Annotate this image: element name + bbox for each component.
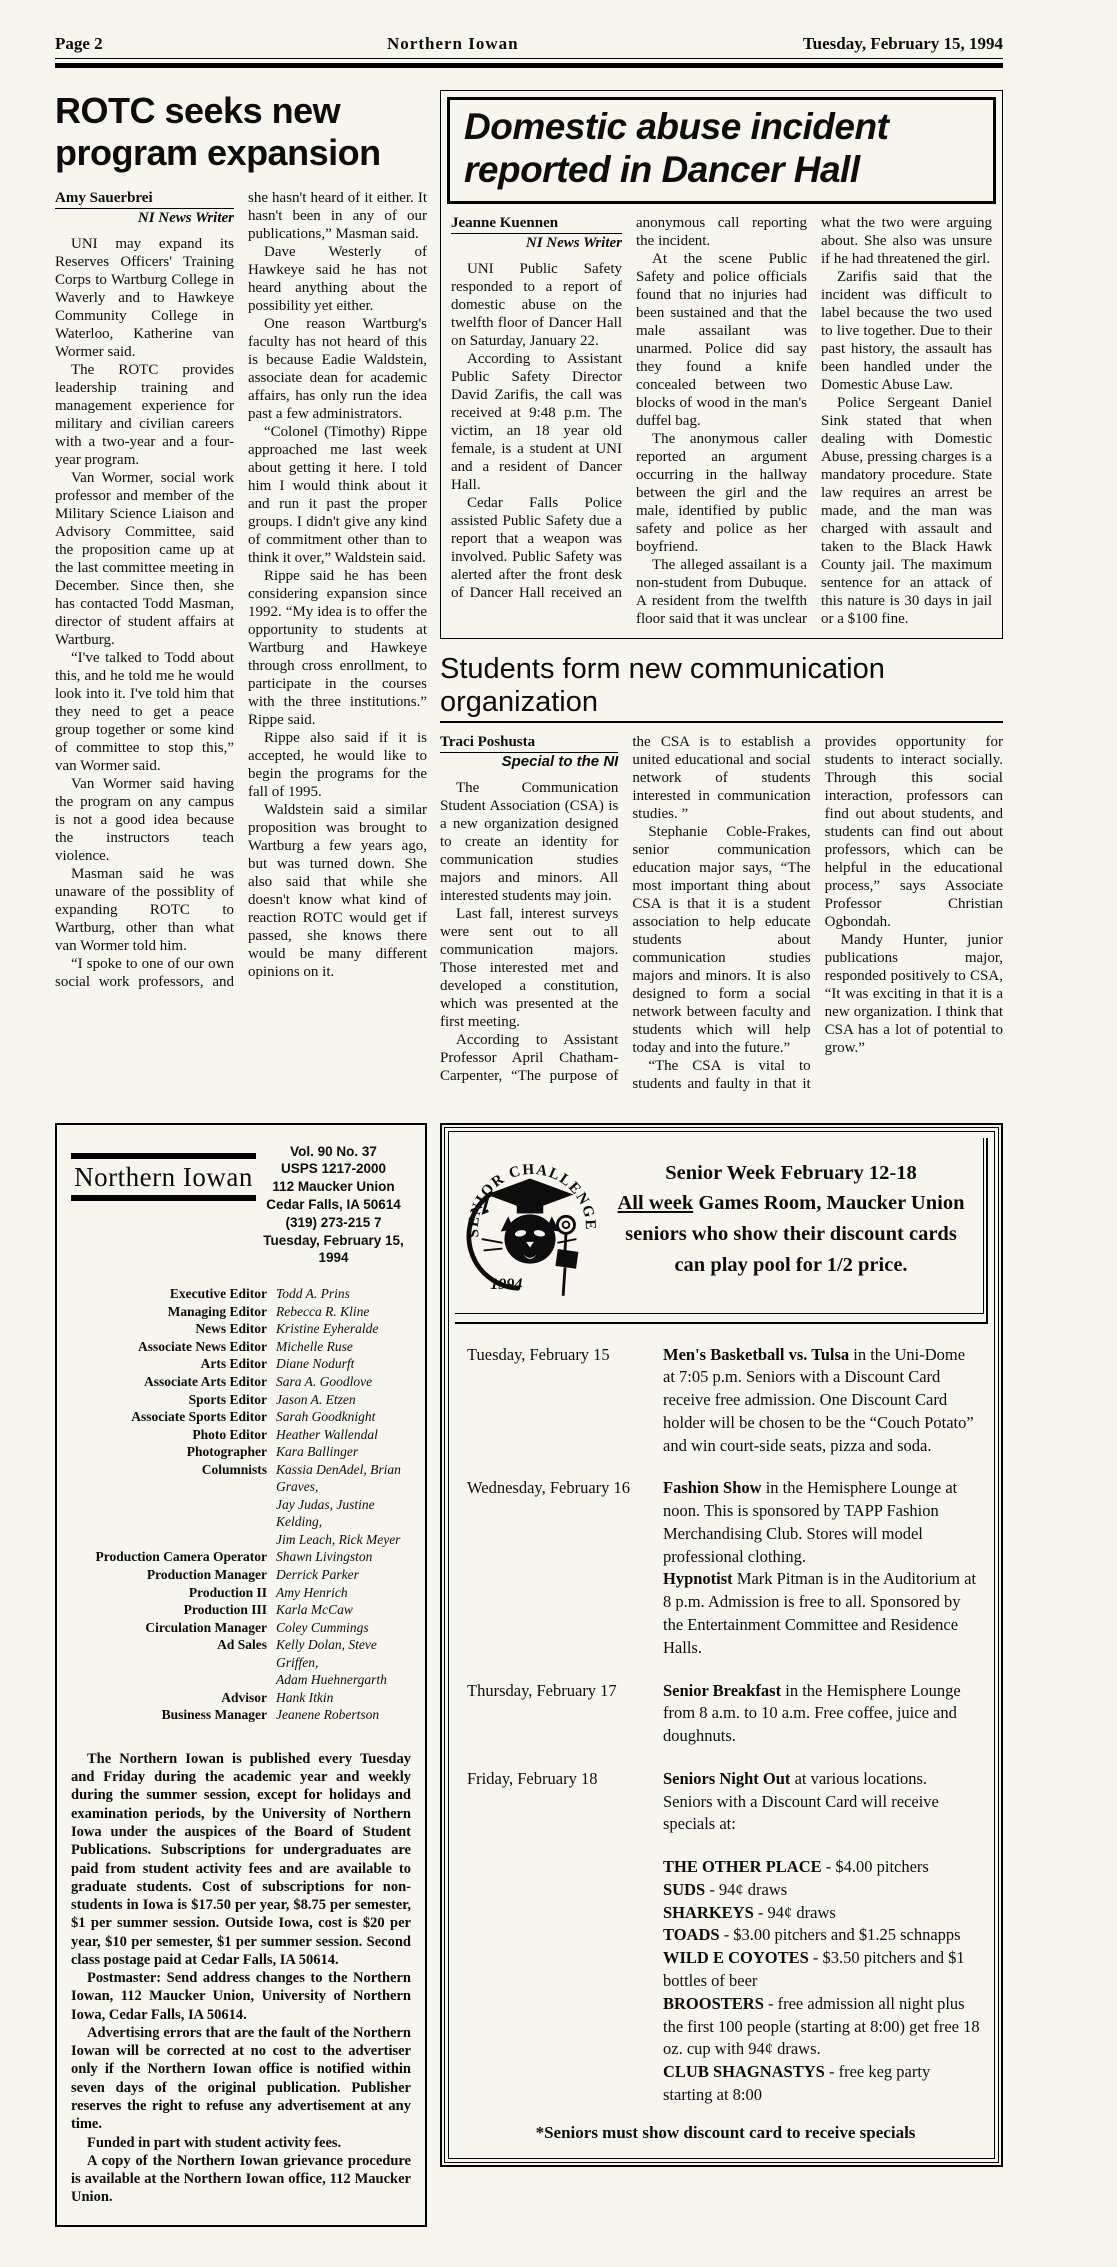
senior-header-line1: Senior Week February 12-18 [607,1158,975,1189]
special-item: THE OTHER PLACE - $4.00 pitchers [663,1856,980,1879]
event-description: Men's Basketball vs. Tulsa in the Uni-Do… [663,1344,984,1458]
staff-row: Managing EditorRebecca R. Kline [71,1303,411,1321]
senior-events-schedule: Tuesday, February 15 Men's Basketball vs… [449,1324,994,2144]
event-row: Friday, February 18 Seniors Night Out at… [467,1768,984,2107]
senior-challenge-logo: SENIOR CHALLENGE [459,1144,607,1305]
paragraph: The Communication Student Association (C… [440,779,618,905]
special-text: - $4.00 pitchers [822,1857,929,1876]
address-line: 112 Maucker Union [256,1178,411,1196]
special-item: WILD E COYOTES - $3.50 pitchers and $1 b… [663,1947,980,1993]
staff-name: Karla McCaw [267,1601,411,1619]
staff-name: Jason A. Etzen [267,1391,411,1409]
staff-role: Advisor [71,1689,267,1707]
rotc-article: ROTC seeks new program expansion Amy Sau… [55,90,427,1093]
folio-rule [55,63,1003,68]
event-date: Thursday, February 17 [467,1680,663,1748]
staff-row: PhotographerKara Ballinger [71,1443,411,1461]
abuse-body: Jeanne Kuennen NI News Writer UNI Public… [451,214,992,628]
staff-name: Jeanene Robertson [267,1706,411,1724]
event-lead: Senior Breakfast [663,1681,781,1700]
event-lead: Fashion Show [663,1478,762,1497]
abuse-headline-box: Domestic abuse incident reported in Danc… [447,97,996,204]
paragraph: UNI may expand its Reserves Officers' Tr… [55,235,234,361]
venue-name: BROOSTERS [663,1994,764,2013]
staff-name: Michelle Ruse [267,1338,411,1356]
bottom-section: Northern Iowan Vol. 90 No. 37 USPS 1217-… [55,1123,1003,2267]
senior-header-inner: SENIOR CHALLENGE [455,1138,984,1314]
staff-role: Columnists [71,1461,267,1549]
staff-role: Production Manager [71,1566,267,1584]
csa-byline-title: Special to the NI [440,753,618,771]
senior-header-line4: can play pool for 1/2 price. [607,1250,975,1281]
staff-name: Shawn Livingston [267,1548,411,1566]
senior-header-compartment: SENIOR CHALLENGE [455,1138,988,1324]
paragraph: Van Wormer, social work professor and me… [55,469,234,649]
rotc-byline-title: NI News Writer [55,209,234,227]
special-item: BROOSTERS - free admission all night plu… [663,1993,980,2061]
event-date: Friday, February 18 [467,1768,663,2107]
staff-role: Circulation Manager [71,1619,267,1637]
paragraph: Mandy Hunter, junior publications major,… [825,931,1003,1057]
staff-row: Production Camera OperatorShawn Livingst… [71,1548,411,1566]
masthead-info: Vol. 90 No. 37 USPS 1217-2000 112 Maucke… [256,1141,411,1268]
staff-name: Derrick Parker [267,1566,411,1584]
event-row: Tuesday, February 15 Men's Basketball vs… [467,1344,984,1458]
special-item: SHARKEYS - 94¢ draws [663,1902,980,1925]
venue-name: THE OTHER PLACE [663,1857,822,1876]
abuse-article: Domestic abuse incident reported in Danc… [440,90,1003,639]
staff-list: Executive EditorTodd A. Prins Managing E… [71,1285,411,1724]
logo-year: 1994 [490,1276,522,1293]
staff-row: News EditorKristine Eyheralde [71,1320,411,1338]
csa-body: Traci Poshusta Special to the NI The Com… [440,733,1003,1093]
event-lead: Seniors Night Out [663,1769,790,1788]
paragraph: Advertising errors that are the fault of… [71,2024,411,2134]
page-number: Page 2 [55,34,103,54]
staff-row: Business ManagerJeanene Robertson [71,1706,411,1724]
nameplate-bar-bottom [71,1195,256,1201]
csa-headline: Students form new communication organiza… [440,653,1003,719]
paragraph: Zarifis said that the incident was diffi… [821,268,992,394]
event-date: Tuesday, February 15 [467,1344,663,1458]
special-text: - $3.00 pitchers and $1.25 schnapps [720,1925,961,1944]
masthead-header: Northern Iowan Vol. 90 No. 37 USPS 1217-… [71,1141,411,1268]
staff-row: Associate Sports EditorSarah Goodknight [71,1408,411,1426]
event-row: Thursday, February 17 Senior Breakfast i… [467,1680,984,1748]
staff-role: Production III [71,1601,267,1619]
paragraph: According to Assistant Public Safety Dir… [451,350,622,494]
paragraph: Last fall, interest surveys were sent ou… [440,905,618,1031]
articles-section: ROTC seeks new program expansion Amy Sau… [55,90,1003,1093]
paragraph: One reason Wartburg's faculty has not he… [248,315,427,423]
paragraph: Funded in part with student activity fee… [71,2134,411,2152]
staff-role: Photo Editor [71,1426,267,1444]
staff-row: Production IIAmy Henrich [71,1584,411,1602]
csa-headline-rule [440,721,1003,723]
staff-role: Arts Editor [71,1355,267,1373]
nameplate: Northern Iowan [71,1141,256,1268]
staff-name: Kara Ballinger [267,1443,411,1461]
paragraph: Van Wormer said having the program on an… [55,775,234,865]
paragraph: Rippe also said if it is accepted, he wo… [248,729,427,801]
special-item: TOADS - $3.00 pitchers and $1.25 schnapp… [663,1924,980,1947]
venue-name: SUDS [663,1880,705,1899]
staff-row: Executive EditorTodd A. Prins [71,1285,411,1303]
right-articles: Domestic abuse incident reported in Danc… [440,90,1003,1093]
page-folio: Page 2 Northern Iowan Tuesday, February … [55,34,1003,59]
venue-name: CLUB SHAGNASTYS [663,2062,825,2081]
staff-name: Kelly Dolan, Steve Griffen, Adam Huehner… [267,1636,411,1689]
senior-week-inner: SENIOR CHALLENGE [448,1131,995,2159]
abuse-byline: Jeanne Kuennen [451,214,622,234]
paragraph: The anonymous caller reported an argumen… [636,430,807,556]
staff-name: Hank Itkin [267,1689,411,1707]
special-item: SUDS - 94¢ draws [663,1879,980,1902]
staff-name: Heather Wallendal [267,1426,411,1444]
staff-row: Photo EditorHeather Wallendal [71,1426,411,1444]
paragraph: “Colonel (Timothy) Rippe approached me l… [248,423,427,567]
venue-name: TOADS [663,1925,720,1944]
staff-name: Coley Cummings [267,1619,411,1637]
masthead-box: Northern Iowan Vol. 90 No. 37 USPS 1217-… [55,1123,427,2227]
abuse-byline-title: NI News Writer [451,234,622,252]
volume-number: Vol. 90 No. 37 [256,1143,411,1161]
address-line: Cedar Falls, IA 50614 [256,1196,411,1214]
paragraph: UNI Public Safety responded to a report … [451,260,622,350]
staff-role: News Editor [71,1320,267,1338]
staff-row: Associate News EditorMichelle Ruse [71,1338,411,1356]
masthead-legal: The Northern Iowan is published every Tu… [71,1750,411,2207]
all-week-underlined: All week [618,1192,694,1214]
nameplate-title: Northern Iowan [71,1159,256,1195]
paragraph: Police Sergeant Daniel Sink stated that … [821,394,992,628]
staff-name: Amy Henrich [267,1584,411,1602]
diploma-icon [555,1216,578,1296]
special-item: CLUB SHAGNASTYS - free keg party startin… [663,2061,980,2107]
staff-name: Sarah Goodknight [267,1408,411,1426]
paragraph: Dave Westerly of Hawkeye said he has not… [248,243,427,315]
event-lead: Hypnotist [663,1569,733,1588]
senior-header-line2-rest: Games Room, Maucker Union [693,1192,964,1214]
staff-role: Associate Sports Editor [71,1408,267,1426]
senior-week-box: SENIOR CHALLENGE [440,1123,1003,2167]
masthead-date: Tuesday, February 15, 1994 [256,1232,411,1268]
staff-row: Ad SalesKelly Dolan, Steve Griffen, Adam… [71,1636,411,1689]
rotc-byline: Amy Sauerbrei [55,189,234,209]
staff-row: Circulation ManagerColey Cummings [71,1619,411,1637]
staff-row: ColumnistsKassia DenAdel, Brian Graves, … [71,1461,411,1549]
staff-role: Business Manager [71,1706,267,1724]
staff-name: Kassia DenAdel, Brian Graves, Jay Judas,… [267,1461,411,1549]
event-description: Senior Breakfast in the Hemisphere Loung… [663,1680,984,1748]
senior-week-header: Senior Week February 12-18 All week Game… [607,1144,975,1305]
venue-name: WILD E COYOTES [663,1948,809,1967]
event-description: Fashion Show in the Hemisphere Lounge at… [663,1477,984,1659]
paragraph: The ROTC provides leadership training an… [55,361,234,469]
paragraph: Stephanie Coble-Frakes, senior communica… [632,823,810,1057]
phone-number: (319) 273-215 7 [256,1214,411,1232]
abuse-headline: Domestic abuse incident reported in Danc… [464,106,979,191]
staff-row: Associate Arts EditorSara A. Goodlove [71,1373,411,1391]
staff-role: Associate News Editor [71,1338,267,1356]
paragraph: Masman said he was unaware of the possib… [55,865,234,955]
paragraph: “I've talked to Todd about this, and he … [55,649,234,775]
staff-role: Photographer [71,1443,267,1461]
staff-row: Production ManagerDerrick Parker [71,1566,411,1584]
senior-header-line2: All week Games Room, Maucker Union [607,1188,975,1219]
staff-name: Rebecca R. Kline [267,1303,411,1321]
staff-row: Arts EditorDiane Nodurft [71,1355,411,1373]
staff-name: Sara A. Goodlove [267,1373,411,1391]
senior-week-frame: SENIOR CHALLENGE [444,1127,999,2163]
specials-footnote: *Seniors must show discount card to rece… [467,2121,984,2144]
venue-name: SHARKEYS [663,1903,754,1922]
staff-role: Managing Editor [71,1303,267,1321]
paragraph: Waldstein said a similar proposition was… [248,801,427,981]
event-lead: Men's Basketball vs. Tulsa [663,1345,849,1364]
special-text: - 94¢ draws [754,1903,836,1922]
staff-row: Production IIIKarla McCaw [71,1601,411,1619]
bar-specials-list: THE OTHER PLACE - $4.00 pitchers SUDS - … [663,1856,980,2106]
staff-role: Ad Sales [71,1636,267,1689]
paragraph: The Northern Iowan is published every Tu… [71,1750,411,1969]
paragraph: A copy of the Northern Iowan grievance p… [71,2152,411,2207]
staff-role: Sports Editor [71,1391,267,1409]
csa-article: Students form new communication organiza… [440,653,1003,1093]
paragraph: At the scene Public Safety and police of… [636,250,807,430]
staff-role: Executive Editor [71,1285,267,1303]
staff-name: Todd A. Prins [267,1285,411,1303]
staff-role: Production Camera Operator [71,1548,267,1566]
paper-name: Northern Iowan [387,34,519,54]
senior-header-line3: seniors who show their discount cards [607,1219,975,1250]
rotc-body: Amy Sauerbrei NI News Writer UNI may exp… [55,189,427,991]
issue-date: Tuesday, February 15, 1994 [803,34,1003,54]
paragraph: Postmaster: Send address changes to the … [71,1969,411,2024]
usps-number: USPS 1217-2000 [256,1160,411,1178]
event-description: Seniors Night Out at various locations. … [663,1768,984,2107]
rotc-headline: ROTC seeks new program expansion [55,90,427,175]
event-date: Wednesday, February 16 [467,1477,663,1659]
staff-role: Associate Arts Editor [71,1373,267,1391]
newspaper-page: Page 2 Northern Iowan Tuesday, February … [55,0,1003,2267]
special-text: - 94¢ draws [705,1880,787,1899]
event-row: Wednesday, February 16 Fashion Show in t… [467,1477,984,1659]
paragraph: Rippe said he has been considering expan… [248,567,427,729]
staff-row: Sports EditorJason A. Etzen [71,1391,411,1409]
staff-row: AdvisorHank Itkin [71,1689,411,1707]
csa-byline: Traci Poshusta [440,733,618,753]
staff-role: Production II [71,1584,267,1602]
staff-name: Kristine Eyheralde [267,1320,411,1338]
staff-name: Diane Nodurft [267,1355,411,1373]
